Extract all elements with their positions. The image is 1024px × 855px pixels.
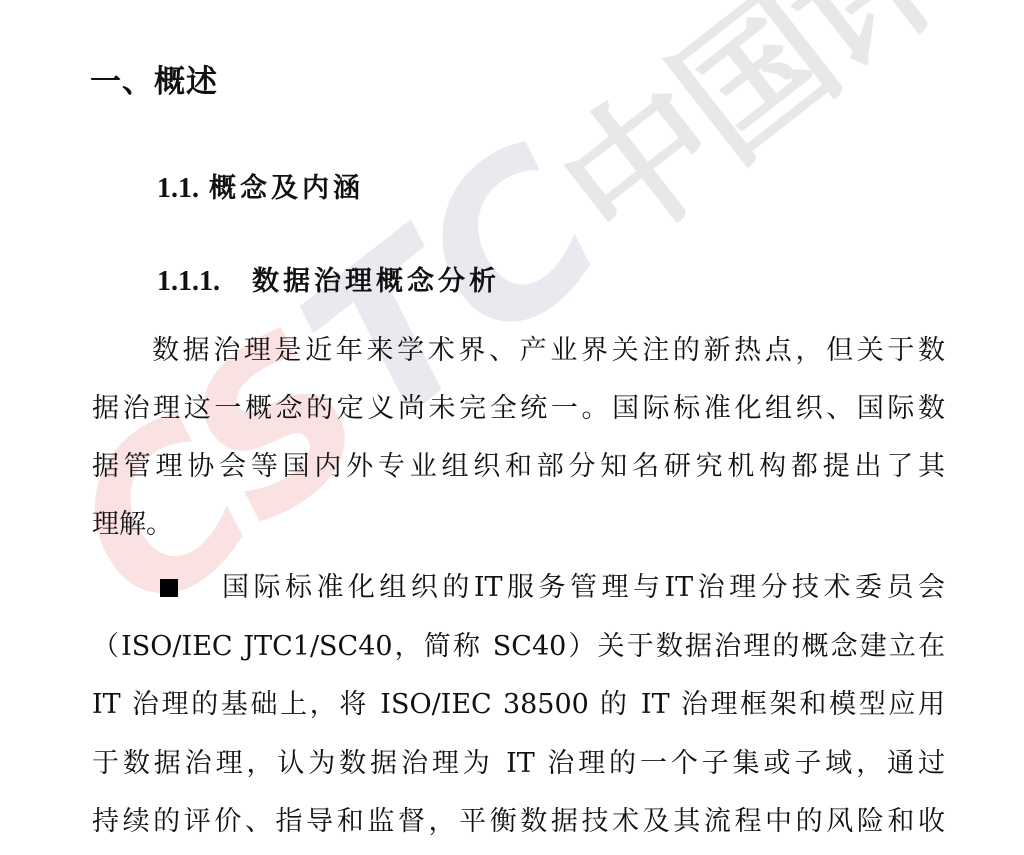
paragraph-1-line: 据管理协会等国内外专业组织和部分知名研究机构都提出了其 [92,447,945,487]
bullet-line: 国际标准化组织的IT服务管理与IT治理分技术委员会 [222,568,945,608]
document-page: 一、概述 1.1.概念及内涵 1.1.1.数据治理概念分析 数据治理是近年来学术… [0,0,1024,855]
heading-3-number: 1.1.1. [157,266,220,297]
bullet-continuation-line: IT 治理的基础上，将 ISO/IEC 38500 的 IT 治理框架和模型应用 [92,685,945,725]
bullet-continuation-line: 持续的评价、指导和监督，平衡数据技术及其流程中的风险和收 [92,802,945,842]
heading-3-title: 数据治理概念分析 [252,266,500,297]
heading-2: 1.1.概念及内涵 [157,171,364,207]
heading-1: 一、概述 [90,62,218,102]
bullet-continuation-line: 于数据治理，认为数据治理为 IT 治理的一个子集或子域，通过 [92,744,945,784]
paragraph-1-line: 理解。 [92,505,945,545]
heading-2-title: 概念及内涵 [209,173,364,204]
paragraph-1-line: 据治理这一概念的定义尚未完全统一。国际标准化组织、国际数 [92,389,945,429]
heading-2-number: 1.1. [157,173,199,204]
bullet-item: 国际标准化组织的IT服务管理与IT治理分技术委员会 [160,568,945,608]
paragraph-1-line: 数据治理是近年来学术界、产业界关注的新热点，但关于数 [152,331,945,371]
square-bullet-icon [160,579,178,597]
bullet-continuation-line: （ISO/IEC JTC1/SC40，简称 SC40）关于数据治理的概念建立在 [92,627,945,667]
heading-3: 1.1.1.数据治理概念分析 [157,264,500,300]
